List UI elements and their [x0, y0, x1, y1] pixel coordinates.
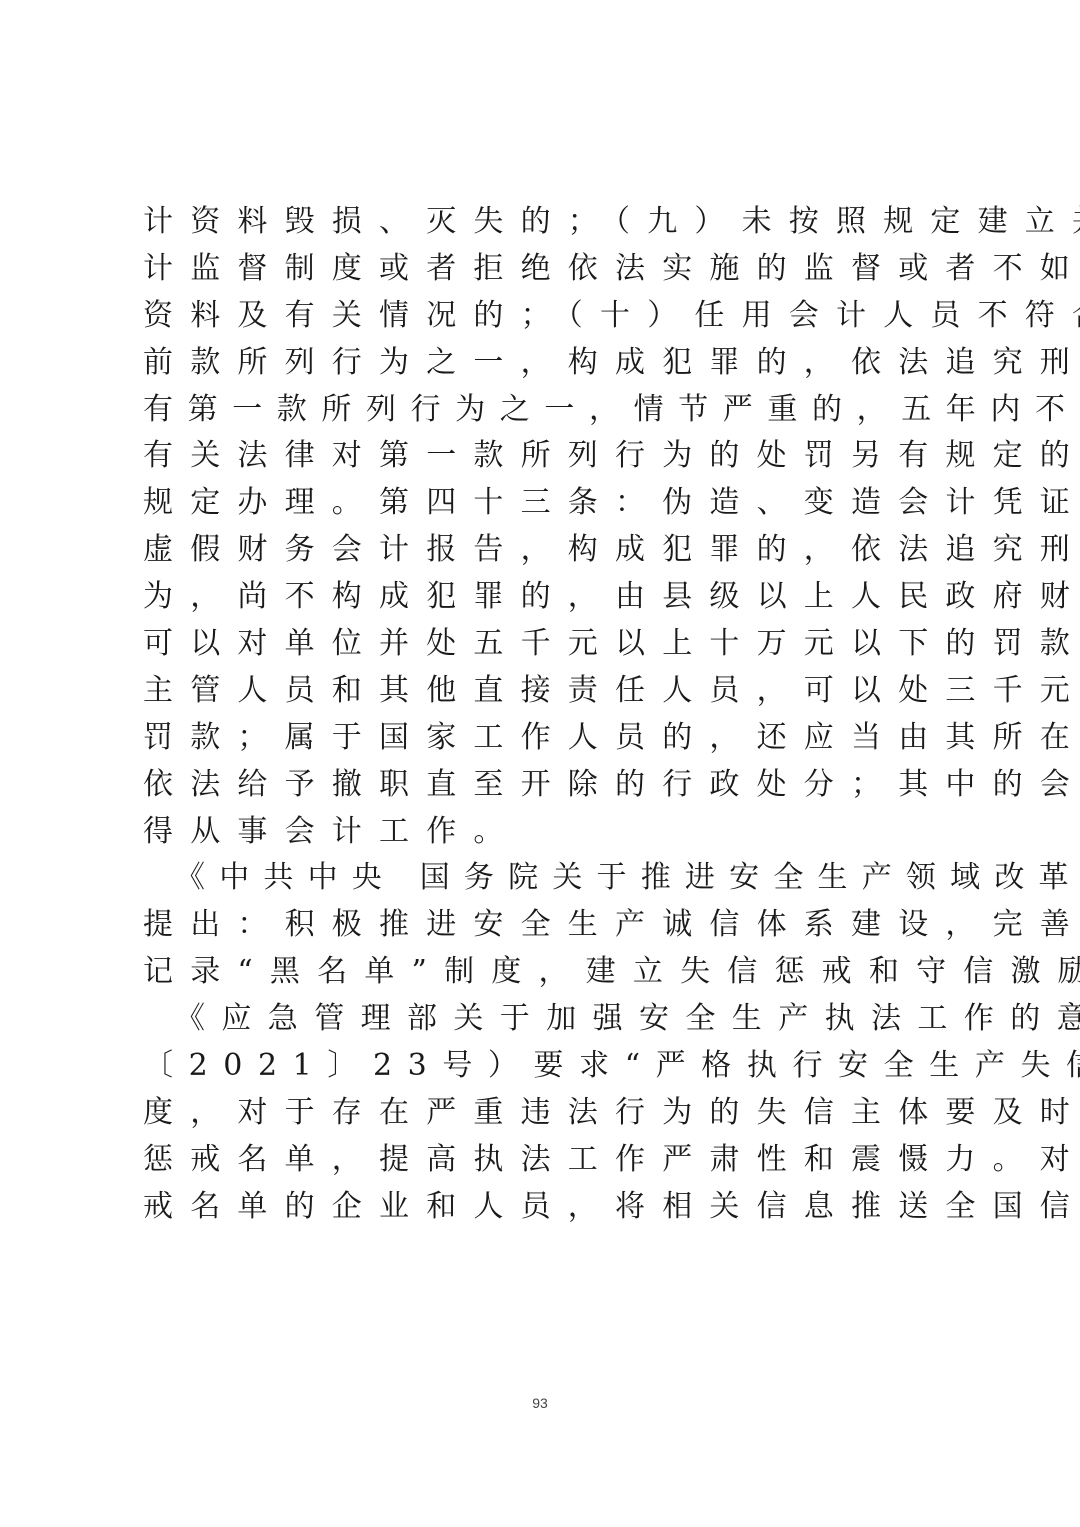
text-line: 前款所列行为之一，构成犯罪的，依法追究刑事责任。会计人员	[143, 340, 947, 387]
text-line: 罚款；属于国家工作人员的，还应当由其所在单位或者有关单位	[143, 715, 947, 762]
text-line: 依法给予撤职直至开除的行政处分；其中的会计人员，五年内不	[143, 762, 947, 809]
paragraph-start-line: 《应急管理部关于加强安全生产执法工作的意见》（应急	[143, 996, 947, 1043]
text-line: 〔2021〕23号）要求“严格执行安全生产失信行为联合惩戒制	[143, 1043, 947, 1090]
text-line: 虚假财务会计报告，构成犯罪的，依法追究刑事责任。有前款行	[143, 527, 947, 574]
text-line: 戒名单的企业和人员，将相关信息推送全国信用信息共享平台，	[143, 1184, 947, 1231]
text-line: 主管人员和其他直接责任人员，可以处三千元以上五万元以下的	[143, 668, 947, 715]
text-line: 为，尚不构成犯罪的，由县级以上人民政府财政部门予以通报，	[143, 574, 947, 621]
document-page: 计资料毁损、灭失的；（九）未按照规定建立并实施单位内部会 计监督制度或者拒绝依法…	[0, 0, 1080, 1527]
text-line: 度，对于存在严重违法行为的失信主体要及时纳入安全生产失信	[143, 1090, 947, 1137]
page-number: 93	[0, 1395, 1080, 1411]
text-line: 资料及有关情况的；（十）任用会计人员不符合本法规定的。有	[143, 293, 947, 340]
text-line: 惩戒名单，提高执法工作严肃性和震慑力。对于列入严重失信惩	[143, 1137, 947, 1184]
body-text: 计资料毁损、灭失的；（九）未按照规定建立并实施单位内部会 计监督制度或者拒绝依法…	[143, 199, 947, 1231]
text-line: 有关法律对第一款所列行为的处罚另有规定的，依照有关法律的	[143, 433, 947, 480]
paragraph-start-line: 《中共中央 国务院关于推进安全生产领域改革发展的意见》	[143, 855, 947, 902]
text-line: 有第一款所列行为之一，情节严重的，五年内不得从事会计工作。	[143, 387, 947, 434]
text-line: 计监督制度或者拒绝依法实施的监督或者不如实提供有关会计	[143, 246, 947, 293]
text-line: 可以对单位并处五千元以上十万元以下的罚款；对其直接负责的	[143, 621, 947, 668]
text-line: 计资料毁损、灭失的；（九）未按照规定建立并实施单位内部会	[143, 199, 947, 246]
text-line: 记录“黑名单”制度，建立失信惩戒和守信激励机制。	[143, 949, 947, 996]
text-line: 规定办理。第四十三条：伪造、变造会计凭证、会计账簿，编制	[143, 480, 947, 527]
text-line: 得从事会计工作。	[143, 809, 947, 856]
text-line: 提出：积极推进安全生产诚信体系建设，完善企业安全生产不良	[143, 902, 947, 949]
